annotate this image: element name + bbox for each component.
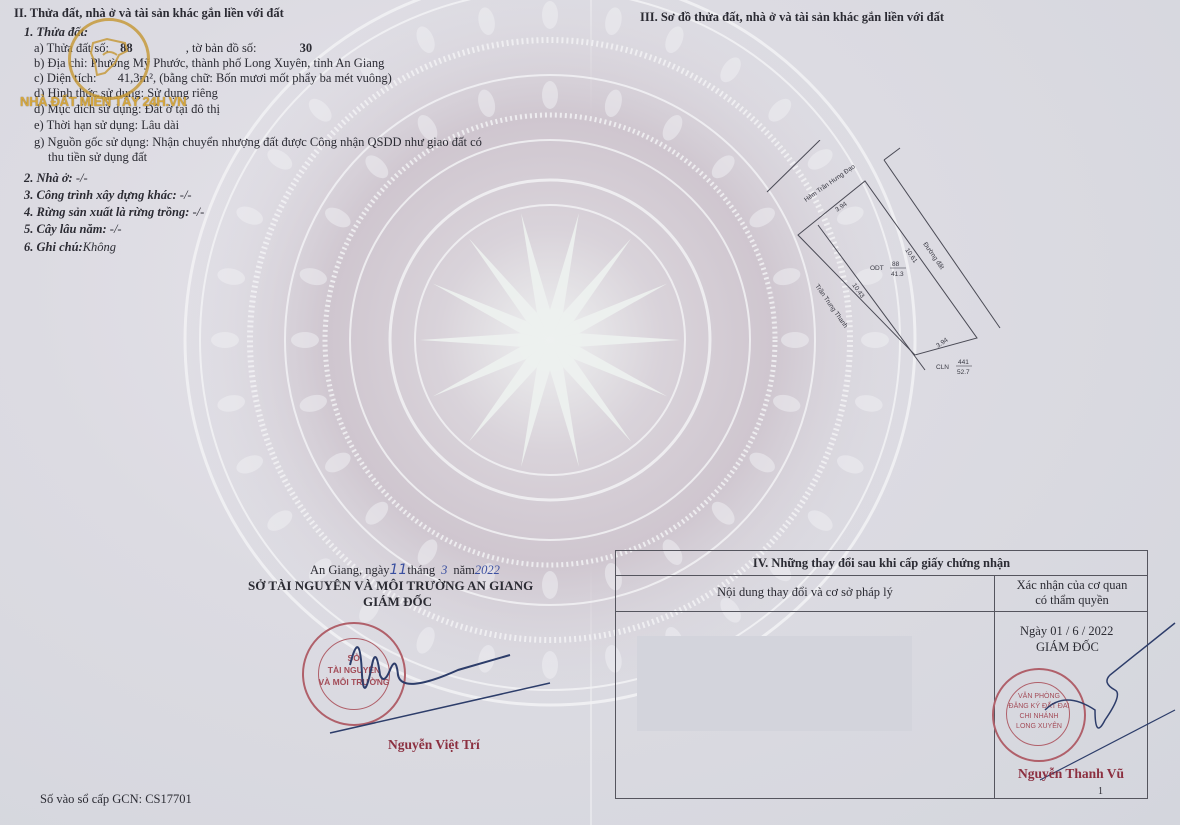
watermark-text: NHÀ ĐẤT MIỀN TÂY 24H.VN — [20, 94, 186, 109]
signer-name-right: Nguyễn Thanh Vũ — [1018, 766, 1124, 782]
road-left-label: Trần Trung Thanh — [813, 282, 850, 330]
issuing-agency: SỞ TÀI NGUYÊN VÀ MÔI TRƯỜNG AN GIANG — [248, 578, 533, 594]
signing-year: 2022 — [475, 563, 500, 577]
registry-number: Số vào sổ cấp GCN: CS17701 — [40, 792, 192, 807]
brand-logo-icon — [68, 18, 150, 100]
other-item-4: 4. Rừng sản xuất là rừng trồng: -/- — [24, 203, 204, 221]
parcel-no-diagram: 88 — [892, 261, 900, 268]
signer-name-left: Nguyễn Việt Trí — [388, 737, 480, 753]
section-ii-title: II. Thửa đất, nhà ở và tài sản khác gắn … — [14, 6, 284, 21]
changes-header-row: Nội dung thay đổi và cơ sở pháp lý Xác n… — [616, 575, 1147, 612]
edge-top-length: 3.94 — [834, 200, 849, 213]
neighbor-area: 52.7 — [957, 369, 970, 376]
usage-origin-cont: thu tiền sử dụng đất — [48, 150, 147, 165]
usage-origin: g) Nguồn gốc sử dụng: Nhận chuyển nhượng… — [34, 135, 482, 150]
usage-term: e) Thời hạn sử dụng: Lâu dài — [34, 118, 179, 133]
map-sheet-number: 30 — [300, 41, 313, 55]
map-outline-icon — [85, 33, 133, 81]
signing-date: An Giang, ngày11tháng3năm2022 — [310, 562, 500, 578]
area-value: 41,3m², (bằng chữ: Bốn mươi mốt phẩy ba … — [118, 71, 392, 85]
parcel-code: ODT — [870, 265, 884, 272]
neighbor-code: CLN — [936, 364, 949, 371]
signing-month: 3 — [441, 563, 447, 577]
changes-col-confirm: Xác nhận của cơ quan có thẩm quyền — [995, 578, 1149, 608]
parcel-diagram: Hẻm Trần Hưng Đạo Đường đất Trần Trung T… — [760, 140, 1020, 380]
road-top-label: Hẻm Trần Hưng Đạo — [802, 161, 857, 203]
edge-right-length: 10.61 — [903, 247, 918, 265]
signature-viri — [320, 625, 560, 745]
other-item-3: 3. Công trình xây dựng khác: -/- — [24, 186, 192, 204]
parcel-area-diagram: 41.3 — [891, 271, 904, 278]
signing-day: 11 — [390, 562, 408, 578]
other-item-2: 2. Nhà ở: -/- — [24, 169, 88, 187]
changes-title: IV. Những thay đổi sau khi cấp giấy chứn… — [616, 551, 1147, 576]
redacted-area — [637, 636, 912, 731]
section-iii-title: III. Sơ đồ thửa đất, nhà ở và tài sản kh… — [640, 10, 944, 25]
page-number: 1 — [1098, 786, 1103, 797]
signature-vu — [1000, 615, 1180, 785]
map-sheet-label: , tờ bản đồ số: — [186, 41, 257, 55]
neighbor-no: 441 — [958, 359, 969, 366]
other-item-6: 6. Ghi chú:Không — [24, 238, 116, 256]
issuer-title: GIÁM ĐỐC — [363, 594, 432, 610]
other-item-5: 5. Cây lâu năm: -/- — [24, 220, 122, 238]
changes-col-content: Nội dung thay đổi và cơ sở pháp lý — [616, 575, 994, 609]
